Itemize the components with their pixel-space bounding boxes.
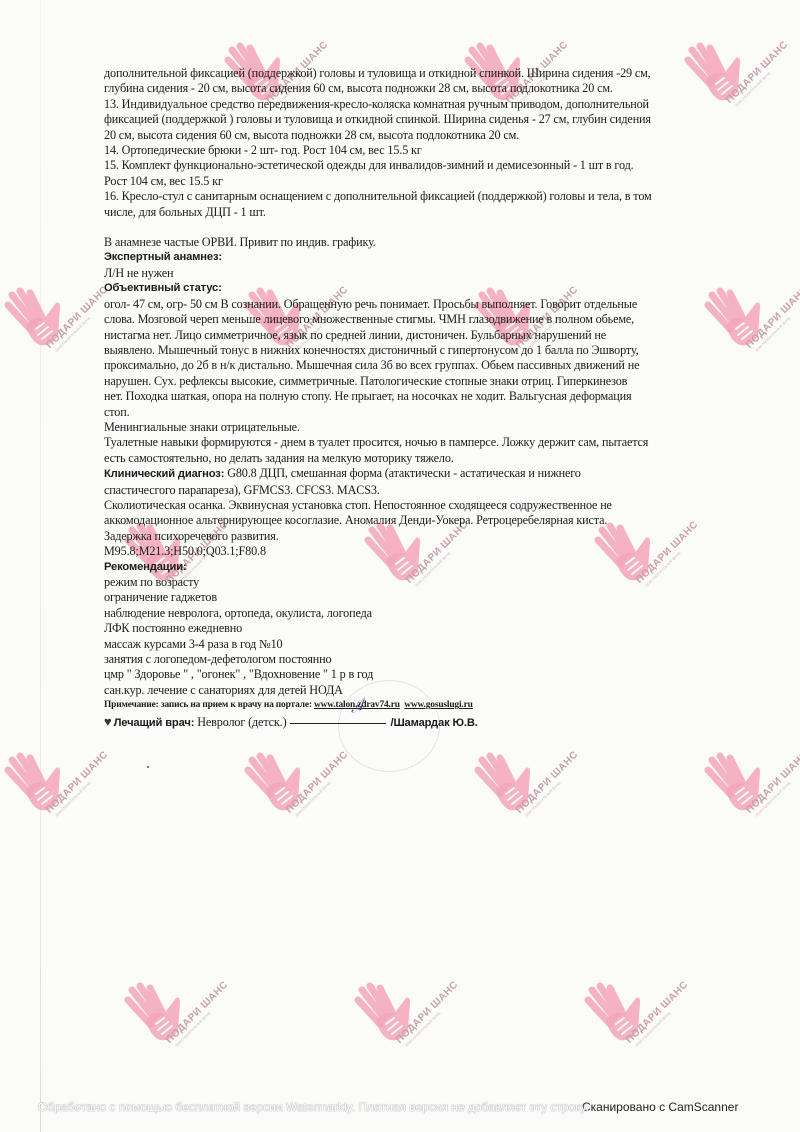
watermark-subtitle: благотворительный фонд — [294, 780, 331, 817]
equipment-item-line: Рост 104 см, вес 15.5 кг — [104, 174, 694, 189]
objective-status: огол- 47 см, огр- 50 см В сознании. Обра… — [104, 297, 694, 420]
recommendation-item: занятия с логопедом-дефетологом постоянн… — [104, 652, 694, 667]
text-line: Задержка психоречевого развития. — [104, 529, 694, 544]
charity-watermark: ПОДАРИ ШАНСблаготворительный фонд — [240, 750, 360, 860]
note-label: Примечание: запись на прием к врачу на п… — [104, 700, 312, 710]
text-line: дополнительной фиксацией (поддержкой) го… — [104, 66, 694, 81]
diagnosis-details: спастичесгого парапареза), GFMCS3. CFCS3… — [104, 483, 694, 560]
watermark-subtitle: благотворительный фонд — [634, 1010, 671, 1047]
watermark-brand: ПОДАРИ ШАНС — [44, 284, 110, 350]
charity-watermark: ПОДАРИ ШАНСблаготворительный фонд — [0, 750, 120, 860]
diagnosis-first-line: Клинический диагноз: G80.8 ДЦП, смешанна… — [104, 466, 694, 482]
hand-icon — [120, 980, 190, 1050]
text-line: нет. Походка шаткая, опора на полную сто… — [104, 389, 694, 404]
signature-line — [290, 723, 386, 724]
equipment-item-line: 15. Комплект функционально-эстетической … — [104, 158, 694, 173]
text-line: аккомодационное альтернирующее косоглази… — [104, 513, 694, 528]
watermark-subtitle: благотворительный фонд — [734, 70, 771, 107]
recommendation-item: режим по возрасту — [104, 575, 694, 590]
watermark-brand: ПОДАРИ ШАНС — [164, 979, 230, 1045]
watermark-subtitle: благотворительный фонд — [404, 1010, 441, 1047]
watermark-subtitle: благотворительный фонд — [174, 1010, 211, 1047]
watermark-brand: ПОДАРИ ШАНС — [724, 39, 790, 105]
equipment-item-line: фиксацией (поддержкой ) головы и туловищ… — [104, 112, 694, 127]
equipment-item-line: числе, для больных ДЦП - 1 шт. — [104, 205, 694, 220]
watermark-brand: ПОДАРИ ШАНС — [284, 749, 350, 815]
meningeal-signs: Менингиальные знаки отрицательные. — [104, 420, 694, 435]
equipment-item-line: 13. Индивидуальное средство передвижения… — [104, 97, 694, 112]
watermark-subtitle: благотворительный фонд — [54, 315, 91, 352]
recommendations-list: режим по возрастуограничение гаджетовнаб… — [104, 575, 694, 698]
watermark-brand: ПОДАРИ ШАНС — [744, 284, 800, 350]
hand-icon — [240, 750, 310, 820]
charity-watermark: ПОДАРИ ШАНСблаготворительный фонд — [680, 40, 800, 150]
charity-watermark: ПОДАРИ ШАНСблаготворительный фонд — [350, 980, 470, 1090]
watermark-brand: ПОДАРИ ШАНС — [514, 749, 580, 815]
charity-watermark: ПОДАРИ ШАНСблаготворительный фонд — [580, 980, 700, 1090]
text-line: выявлено. Мышечный тонус в нижних конечн… — [104, 343, 694, 358]
appointment-note: Примечание: запись на прием к врачу на п… — [104, 698, 694, 713]
expert-anamnesis-label: Экспертный анамнез: — [104, 250, 694, 265]
hand-icon — [580, 980, 650, 1050]
watermark-subtitle: благотворительный фонд — [754, 780, 791, 817]
hand-icon — [470, 750, 540, 820]
hand-icon — [350, 980, 420, 1050]
item-12-continued: дополнительной фиксацией (поддержкой) го… — [104, 66, 694, 97]
scan-speck — [147, 766, 149, 768]
text-line: Сколиотическая осанка. Эквинусная устано… — [104, 498, 694, 513]
text-line: глубина сидения - 20 см, высота сидения … — [104, 81, 694, 96]
text-line: огол- 47 см, огр- 50 см В сознании. Обра… — [104, 297, 694, 312]
recommendations-label: Рекомендации: — [104, 560, 694, 575]
hand-icon — [700, 285, 770, 355]
recommendation-item: наблюдение невролога, ортопеда, окулиста… — [104, 606, 694, 621]
text-line: проксимально, до 2б в н/к дистально. Мыш… — [104, 358, 694, 373]
expert-anamnesis-value: Л/Н не нужен — [104, 266, 694, 281]
charity-watermark: ПОДАРИ ШАНСблаготворительный фонд — [120, 980, 240, 1090]
equipment-item-line: 14. Ортопедические брюки - 2 шт- год. Ро… — [104, 143, 694, 158]
equipment-item-line: 16. Кресло-стул с санитарным оснащением … — [104, 189, 694, 204]
recommendation-item: сан.кур. лечение с санаториях для детей … — [104, 683, 694, 698]
watermark-brand: ПОДАРИ ШАНС — [394, 979, 460, 1045]
watermark-brand: ПОДАРИ ШАНС — [744, 749, 800, 815]
equipment-list: 13. Индивидуальное средство передвижения… — [104, 97, 694, 220]
recommendation-item: ЛФК постоянно ежедневно — [104, 621, 694, 636]
recommendation-item: цмр " Здоровье " , "огонек" , "Вдохновен… — [104, 667, 694, 682]
charity-watermark: ПОДАРИ ШАНСблаготворительный фонд — [470, 750, 590, 860]
text-line: слова. Мозговой череп меньше лицевого мн… — [104, 312, 694, 327]
doctor-label: Лечащий врач: — [114, 717, 195, 729]
charity-watermark: ПОДАРИ ШАНСблаготворительный фонд — [700, 285, 800, 395]
text-line: спастичесгого парапареза), GFMCS3. CFCS3… — [104, 483, 694, 498]
text-line: нистагма нет. Лицо симметричное, язык по… — [104, 328, 694, 343]
medical-document: дополнительной фиксацией (поддержкой) го… — [104, 66, 694, 731]
equipment-item-line: 20 см, высота сидения 60 см, высота подн… — [104, 128, 694, 143]
recommendation-item: ограничение гаджетов — [104, 590, 694, 605]
anamnesis: В анамнезе частые ОРВИ. Привит по индив.… — [104, 235, 694, 250]
watermark-brand: ПОДАРИ ШАНС — [44, 749, 110, 815]
hand-icon — [0, 750, 70, 820]
watermark-subtitle: благотворительный фонд — [54, 780, 91, 817]
recommendation-item: массаж курсами 3-4 раза в год №10 — [104, 637, 694, 652]
charity-watermark: ПОДАРИ ШАНСблаготворительный фонд — [0, 285, 120, 395]
heart-icon: ♥ — [104, 714, 112, 729]
gosuslugi-link[interactable]: www.gosuslugi.ru — [404, 700, 472, 710]
watermark-brand: ПОДАРИ ШАНС — [624, 979, 690, 1045]
text-line: M95.8;M21.3;H50.0;Q03.1;F80.8 — [104, 544, 694, 559]
watermarkly-footer: Обработано с помощью бесплатной версии W… — [38, 1100, 778, 1114]
watermark-subtitle: благотворительный фонд — [754, 315, 791, 352]
hand-icon — [700, 750, 770, 820]
page-edge — [40, 0, 41, 1132]
objective-status-label: Объективный статус: — [104, 281, 694, 296]
text-line: есть самостоятельно, но делать задания н… — [104, 451, 694, 466]
hand-icon — [0, 285, 70, 355]
doctor-specialty: Невролог (детск.) — [197, 715, 286, 729]
diagnosis-label: Клинический диагноз: — [104, 468, 224, 480]
doctor-name: /Шамардак Ю.В. — [390, 717, 477, 729]
watermark-subtitle: благотворительный фонд — [524, 780, 561, 817]
diagnosis-text: G80.8 ДЦП, смешанная форма (атактически … — [224, 466, 580, 480]
attending-doctor: ♥Лечащий врач: Невролог (детск.)/Шамарда… — [104, 714, 694, 731]
text-line: нарушен. Сух. рефлексы высокие, симметри… — [104, 374, 694, 389]
toilet-skills: Туалетные навыки формируются - днем в ту… — [104, 435, 694, 466]
text-line: стоп. — [104, 405, 694, 420]
charity-watermark: ПОДАРИ ШАНСблаготворительный фонд — [700, 750, 800, 860]
text-line: Туалетные навыки формируются - днем в ту… — [104, 435, 694, 450]
